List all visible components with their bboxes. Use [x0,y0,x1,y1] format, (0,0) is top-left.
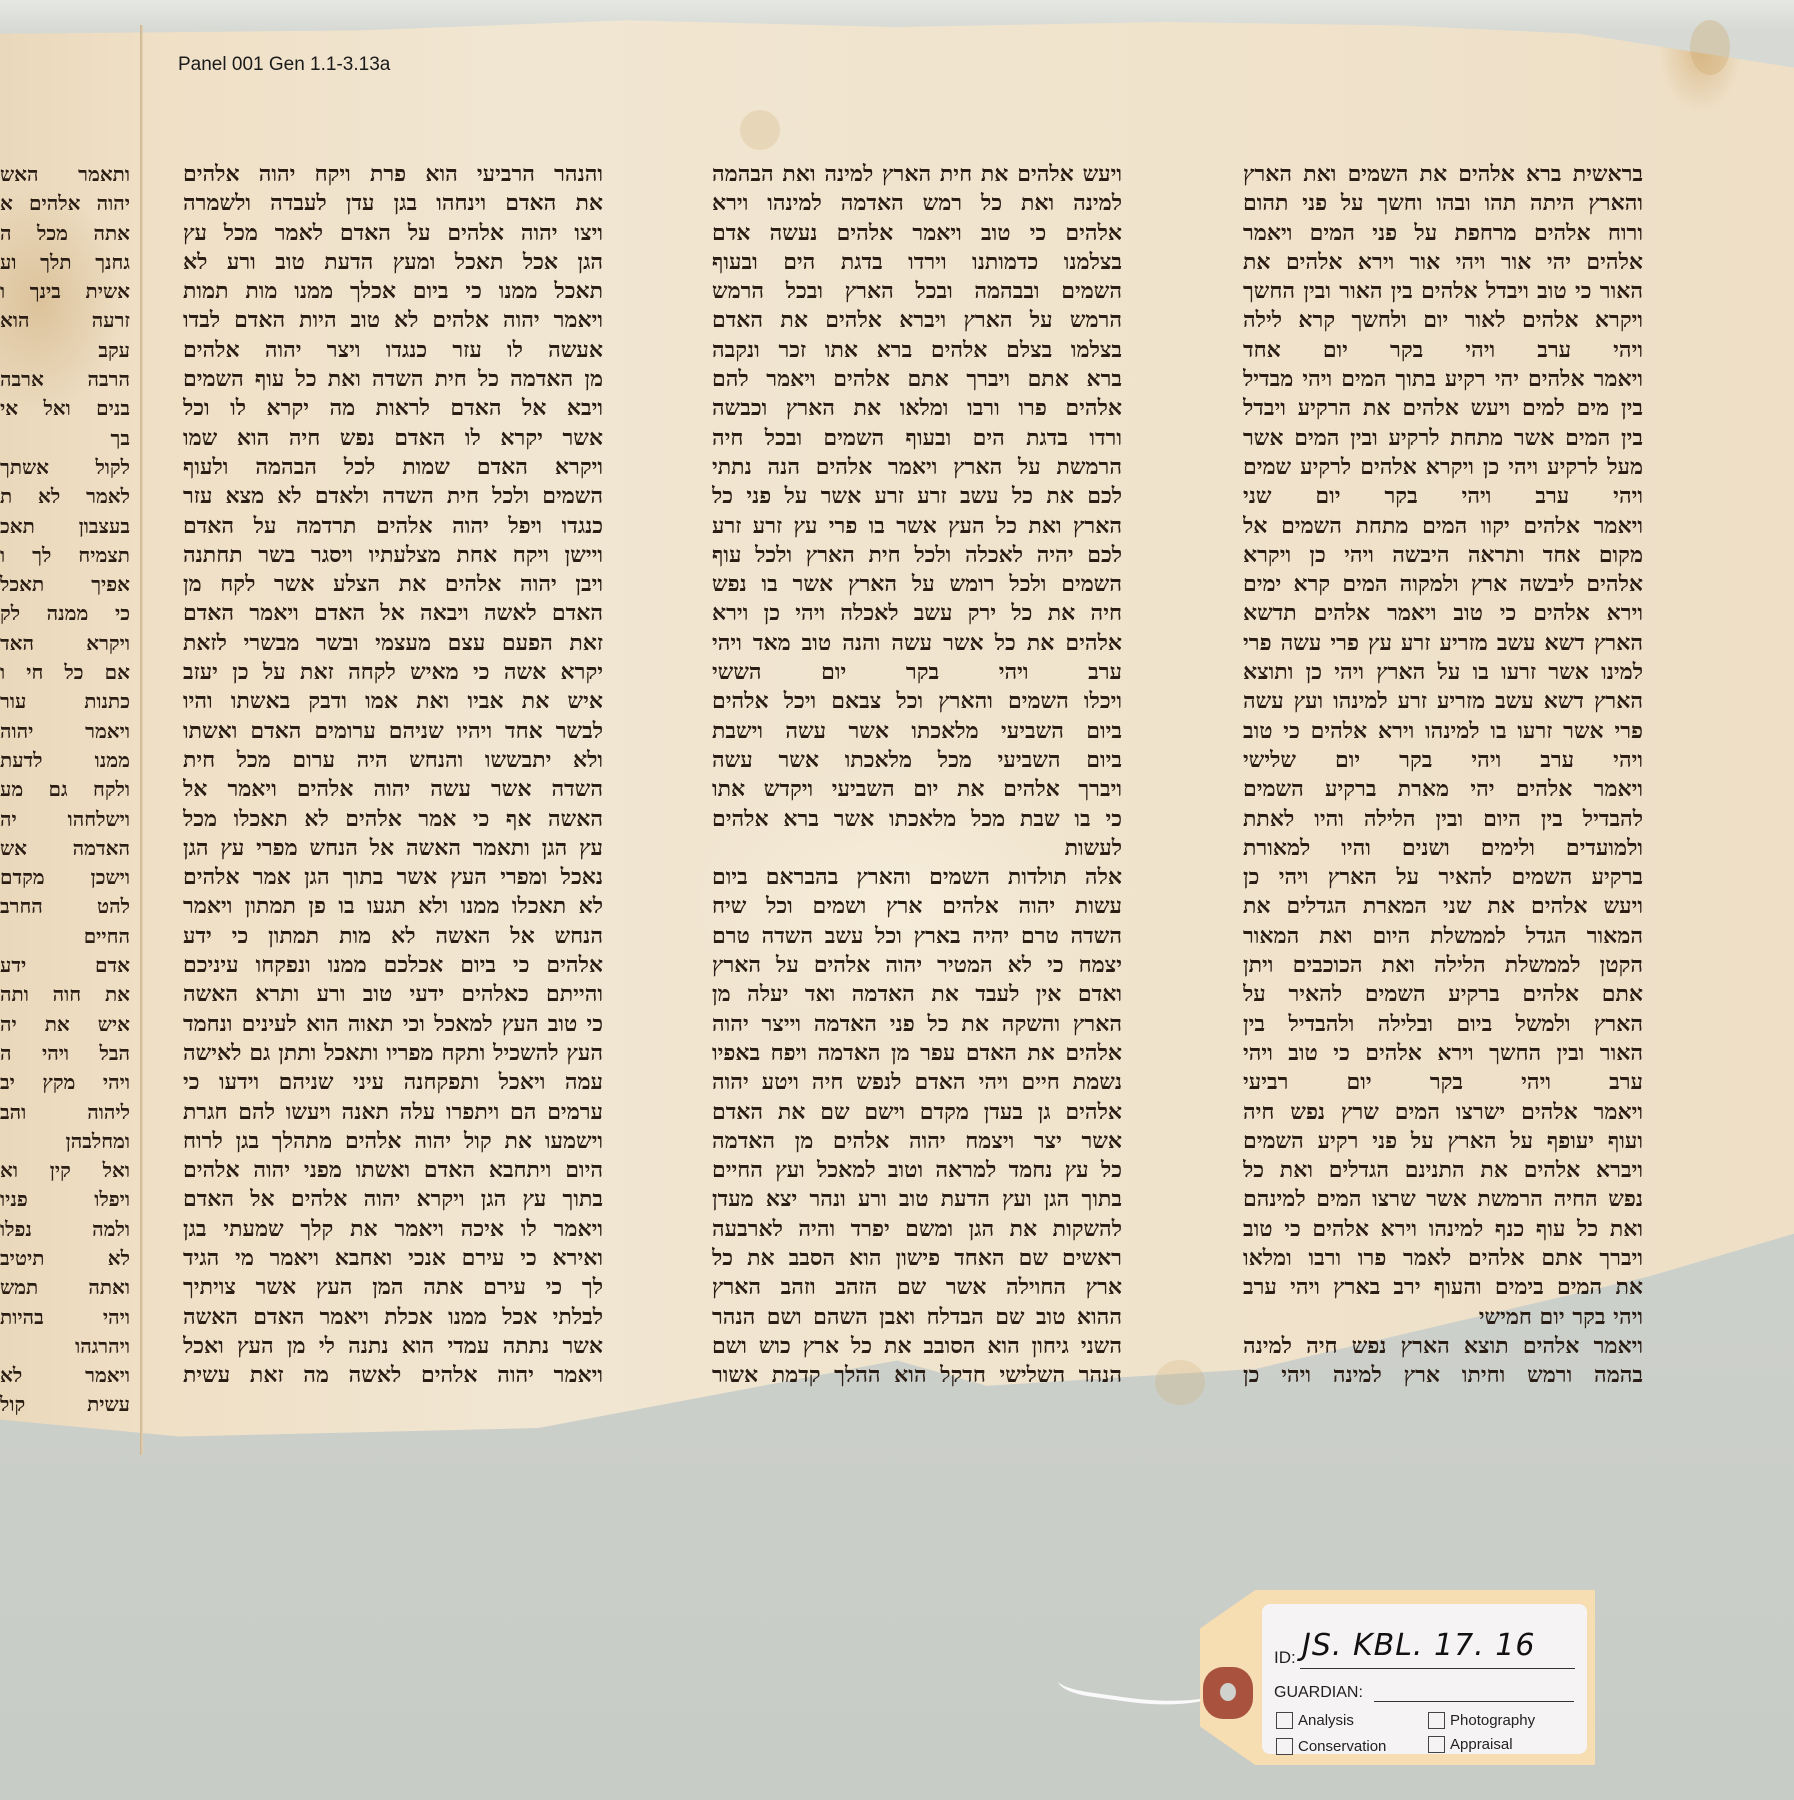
text-line: עץ הגן ותאמר האשה אל הנחש מפרי עץ הגן [183,834,603,863]
text-line: ויהי ערב ויהי בקר יום שלישי [1243,746,1643,775]
text-line: לכם יהיה לאכלה ולכל חית הארץ ולכל עוף [712,541,1122,570]
text-line: ויהי בקר יום חמישי [1243,1303,1643,1332]
text-line: ויפלו פניו [0,1185,130,1214]
text-line: האור כי טוב ויבדל אלהים בין האור ובין הח… [1243,277,1643,306]
text-line: ההוא טוב שם הבדלח ואבן השהם ושם הנהר [712,1303,1122,1332]
text-line: להבדיל בין היום ובין הלילה והיו לאתת [1243,805,1643,834]
text-line: כתנות עור [0,687,130,716]
checkbox-analysis: Analysis [1276,1712,1354,1729]
text-line: בעצבון תאכ [0,512,130,541]
text-line: בתוך עץ הגן ויקרא יהוה אלהים אל האדם [183,1185,603,1214]
text-line: לבלתי אכל ממנו אכלת ויאמר האדם האשה [183,1303,603,1332]
text-line: ואת כל עוף כנף למינהו וירא אלהים כי טוב [1243,1215,1643,1244]
text-line: איש את יה [0,1010,130,1039]
text-line: אלהים את כל אשר עשה והנה טוב מאד ויהי [712,629,1122,658]
text-line: העץ להשכיל ותקח מפריו ותאכל ותתן גם לאיש… [183,1039,603,1068]
text-line: ויאמר אלהים תוצא הארץ נפש חיה למינה [1243,1332,1643,1361]
text-line: עשית קול [0,1390,130,1419]
text-line: ויאמר אלהים יהי רקיע בתוך המים ויהי מבדי… [1243,365,1643,394]
text-line: אדם ידע [0,951,130,980]
text-line: והייתם כאלהים ידעי טוב ורע ותרא האשה [183,980,603,1009]
text-line: השמים ולכל חית השדה ולאדם לא מצא עזר [183,482,603,511]
text-line: ולקח גם מע [0,775,130,804]
text-line: ולא יתבששו והנחש היה ערום מכל חית [183,746,603,775]
text-line: הגן אכל תאכל ומעץ הדעת טוב ורע לא [183,248,603,277]
checkbox-photography: Photography [1428,1712,1535,1729]
text-line: כי ממנה לק [0,599,130,628]
text-line: בנים ואל אי [0,394,130,423]
text-line: אשר יקרא לו האדם נפש חיה הוא שמו [183,424,603,453]
text-line: ויבן יהוה אלהים את הצלע אשר לקח מן [183,570,603,599]
text-line: לא תיטיב [0,1244,130,1273]
text-line: ויהי מקץ יב [0,1068,130,1097]
text-line: עשות יהוה אלהים ארץ ושמים וכל שיח [712,892,1122,921]
text-line: הנהר השלישי חדקל הוא ההלך קדמת אשור [712,1361,1122,1390]
text-line: ויבא אל האדם לראות מה יקרא לו וכל [183,394,603,423]
text-line: נאכל ומפרי העץ אשר בתוך הגן אמר אלהים [183,863,603,892]
text-line: למינה ואת כל רמש האדמה למינהו וירא [712,189,1122,218]
text-line: אלהים את האדם עפר מן האדמה ויפח באפיו [712,1039,1122,1068]
text-line: ראשים שם האחד פישון הוא הסבב את כל [712,1244,1122,1273]
text-line: הנחש אל האשה לא מות תמתון כי ידע [183,922,603,951]
text-line: אשית בינך ו [0,277,130,306]
checkbox-icon [1276,1712,1293,1729]
text-line: ברא אתם ויברך אתם אלהים ויאמר להם [712,365,1122,394]
text-line: ואירא כי עירם אנכי ואחבא ויאמר מי הגיד [183,1244,603,1273]
checkbox-icon [1428,1712,1445,1729]
text-line: ויאמר יהוה אלהים לא טוב היות האדם לבדו [183,306,603,335]
text-line: ביום השביעי מכל מלאכתו אשר עשה [712,746,1122,775]
column-right: בראשית ברא אלהים את השמים ואת הארץוהארץ … [1243,160,1643,1390]
checkbox-label: Appraisal [1450,1736,1513,1753]
text-line: ויאמר לא [0,1361,130,1390]
text-line: הבל ויהי ה [0,1039,130,1068]
text-line: ורוח אלהים מרחפת על פני המים ויאמר [1243,219,1643,248]
text-line: פרי אשר זרעו בו למינהו וירא אלהים כי טוב [1243,717,1643,746]
checkbox-label: Analysis [1298,1712,1354,1729]
text-line: השדה אשר עשה יהוה אלהים ויאמר אל [183,775,603,804]
text-line: בצלמנו כדמותנו וירדו בדגת הים ובעוף [712,248,1122,277]
parchment-blemish [1155,1360,1205,1405]
text-line: ואל קין וא [0,1156,130,1185]
text-line: ויאמר אלהים יהי מארת ברקיע השמים [1243,775,1643,804]
text-line: וישמעו את קול יהוה אלהים מתהלך בגן לרוח [183,1127,603,1156]
text-line: אתה מכל ה [0,219,130,248]
text-line: וישלחהו יה [0,805,130,834]
text-line: בצלמו בצלם אלהים ברא אתו זכר ונקבה [712,336,1122,365]
text-line: ויהי ערב ויהי בקר יום שני [1243,482,1643,511]
text-line: ויצו יהוה אלהים על האדם לאמר מכל עץ [183,219,603,248]
text-line: וירא אלהים כי טוב ויאמר אלהים תדשא [1243,599,1643,628]
text-line: והארץ היתה תהו ובהו וחשך על פני תהום [1243,189,1643,218]
water-stain [1690,20,1730,75]
text-line: אעשה לו עזר כנגדו ויצר יהוה אלהים [183,336,603,365]
checkbox-label: Conservation [1298,1738,1386,1755]
text-line: האדם לאשה ויבאה אל האדם ויאמר האדם [183,599,603,628]
checkbox-appraisal: Appraisal [1428,1736,1513,1753]
text-line: המאור הגדל לממשלת היום ואת המאור [1243,922,1643,951]
text-line: הרמשת על הארץ ויאמר אלהים הנה נתתי [712,453,1122,482]
text-line: מן האדמה כל חית השדה ואת כל עוף השמים [183,365,603,394]
text-line: אתם אלהים ברקיע השמים להאיר על [1243,980,1643,1009]
text-line: ויהרגהו [0,1332,130,1361]
id-underline [1300,1668,1575,1669]
text-line: והנהר הרביעי הוא פרת ויקח יהוה אלהים [183,160,603,189]
id-label: ID: [1274,1648,1296,1668]
text-line: ומחלבהן [0,1127,130,1156]
text-line: אלה תולדות השמים והארץ בהבראם ביום [712,863,1122,892]
text-line: ארץ החוילה אשר שם הזהב וזהב הארץ [712,1273,1122,1302]
id-value: JS. KBL. 17. 16 [1302,1628,1535,1663]
text-line: מעל לרקיע ויהי כן ויקרא אלהים לרקיע שמים [1243,453,1643,482]
text-line: ממנו לדעת [0,746,130,775]
text-line: הרבה ארבה [0,365,130,394]
parchment-blemish [740,110,780,150]
text-line: ואדם אין לעבד את האדמה ואד יעלה מן [712,980,1122,1009]
text-line: לכם את כל עשב זרע זרע אשר על פני כל [712,482,1122,511]
text-line: ויאמר לו איכה ויאמר את קלך שמעתי בגן [183,1215,603,1244]
text-line: בראשית ברא אלהים את השמים ואת הארץ [1243,160,1643,189]
text-line: בהמה ורמש וחיתו ארץ למינה ויהי כן [1243,1361,1643,1390]
text-line: לך כי עירם אתה המן העץ אשר צויתיך [183,1273,603,1302]
text-line: הקטן לממשלת הלילה ואת הכוכבים ויתן [1243,951,1643,980]
text-line: ולמועדים ולימים ושנים והיו למאורת [1243,834,1643,863]
text-line: ויישן ויקח אחת מצלעתיו ויסגר בשר תחתנה [183,541,603,570]
text-line: ויהי ערב ויהי בקר יום אחד [1243,336,1643,365]
text-line: יקרא אשה כי מאיש לקחה זאת על כן יעזב [183,658,603,687]
text-line: ויקרא האד [0,629,130,658]
text-line: אלהים פרו ורבו ומלאו את הארץ וכבשה [712,394,1122,423]
text-line: את האדם וינחהו בגן עדן לעבדה ולשמרה [183,189,603,218]
text-line: ויאמר אלהים יקוו המים מתחת השמים אל [1243,512,1643,541]
checkbox-label: Photography [1450,1712,1535,1729]
text-line: לא תאכלו ממנו ולא תגעו בו פן תמתון ויאמר [183,892,603,921]
text-line: השמים ובבהמה ובכל הארץ ובכל הרמש [712,277,1122,306]
checkbox-icon [1428,1736,1445,1753]
column-previous-panel-edge: ותאמר האשיהוה אלהים אאתה מכל הגחנך תלך ו… [0,160,130,1420]
text-line: מקום אחד ותראה היבשה ויהי כן ויקרא [1243,541,1643,570]
text-line: ורדו בדגת הים ובעוף השמים ובכל חיה [712,424,1122,453]
text-line: השמים ולכל רומש על הארץ אשר בו נפש [712,570,1122,599]
text-line: זאת הפעם עצם מעצמי ובשר מבשרי לזאת [183,629,603,658]
text-line: האור ובין החשך וירא אלהים כי טוב ויהי [1243,1039,1643,1068]
text-line: לקול אשתך [0,453,130,482]
text-line: אפיך תאכל [0,570,130,599]
tag-label: ID: JS. KBL. 17. 16 GUARDIAN: Analysis P… [1262,1604,1587,1754]
text-line: עקב [0,336,130,365]
text-line: ביום השביעי מלאכתו אשר עשה וישבת [712,717,1122,746]
text-line: לבשר אחד ויהיו שניהם ערומים האדם ואשתו [183,717,603,746]
text-line: אשר נתתה עמדי הוא נתנה לי מן העץ ואכל [183,1332,603,1361]
text-line: השדה טרם יהיה בארץ וכל עשב השדה טרם [712,922,1122,951]
text-line: אלהים ליבשה ארץ ולמקוה המים קרא ימים [1243,570,1643,599]
text-line: ויכלו השמים והארץ וכל צבאם ויכל אלהים [712,687,1122,716]
text-line: ויקרא האדם שמות לכל הבהמה ולעוף [183,453,603,482]
text-line: ולמה נפלו [0,1215,130,1244]
text-line: עמה ויאכל ותפקחנה עיני שניהם וידעו כי [183,1068,603,1097]
text-line: נפש החיה הרמשת אשר שרצו המים למינהם [1243,1185,1643,1214]
text-line: ערב ויהי בקר יום הששי [712,658,1122,687]
text-line: לעשות [712,834,1122,863]
text-line: ערב ויהי בקר יום רביעי [1243,1068,1643,1097]
text-line: ואתה תמש [0,1273,130,1302]
text-line: ועוף יעופף על הארץ על פני רקיע השמים [1243,1127,1643,1156]
text-line: ותאמר האש [0,160,130,189]
text-line: כי בו שבת מכל מלאכתו אשר ברא אלהים [712,805,1122,834]
text-line: נשמת חיים ויהי האדם לנפש חיה ויטע יהוה [712,1068,1122,1097]
text-line: חיה את כל ירק עשב לאכלה ויהי כן וירא [712,599,1122,628]
text-line: יצמח כי לא המטיר יהוה אלהים על הארץ [712,951,1122,980]
text-line: ויהי בהיות [0,1303,130,1332]
text-line: את המים בימים והעוף ירב בארץ ויהי ערב [1243,1273,1643,1302]
text-line: כנגדו ויפל יהוה אלהים תרדמה על האדם [183,512,603,541]
text-line: בתוך הגן ועץ הדעת טוב ורע ונהר יצא מעדן [712,1185,1122,1214]
text-line: תצמיח לך ו [0,541,130,570]
text-line: גחנך תלך וע [0,248,130,277]
text-line: בין המים אשר מתחת לרקיע ובין המים אשר [1243,424,1643,453]
text-line: אלהים כי ביום אכלכם ממנו ונפקחו עיניכם [183,951,603,980]
text-line: הארץ דשא עשב מזריע זרע למינהו ועץ עשה [1243,687,1643,716]
text-line: הארץ ולמשל ביום ובלילה ולהבדיל בין [1243,1010,1643,1039]
text-line: ויאמר יהוה [0,717,130,746]
text-line: אלהים כי טוב ויאמר אלהים נעשה אדם [712,219,1122,248]
text-line: ויברא אלהים את התנינם הגדלים ואת כל [1243,1156,1643,1185]
text-line: ויקרא אלהים לאור יום ולחשך קרא לילה [1243,306,1643,335]
text-line: האשה אף כי אמר אלהים לא תאכלו מכל [183,805,603,834]
text-line: ערמים הם ויתפרו עלה תאנה ויעשו להם חגרת [183,1098,603,1127]
text-line: אלהים יהי אור ויהי אור וירא אלהים את [1243,248,1643,277]
text-line: ויברך אתם אלהים לאמר פרו ורבו ומלאו [1243,1244,1643,1273]
text-line: להט החרב [0,892,130,921]
text-line: היום ויתחבא האדם ואשתו מפני יהוה אלהים [183,1156,603,1185]
checkbox-icon [1276,1738,1293,1755]
text-line: ויאמר אלהים ישרצו המים שרץ נפש חיה [1243,1098,1643,1127]
text-line: זרעה הוא [0,306,130,335]
text-line: הארץ דשא עשב מזריע זרע עץ פרי עשה פרי [1243,629,1643,658]
column-left: והנהר הרביעי הוא פרת ויקח יהוה אלהיםאת ה… [183,160,603,1390]
text-line: בין מים למים ויעש אלהים את הרקיע ויבדל [1243,394,1643,423]
text-line: ויעש אלהים את שני המארת הגדלים את [1243,892,1643,921]
text-line: כל עץ נחמד למראה וטוב למאכל ועץ החיים [712,1156,1122,1185]
column-middle: ויעש אלהים את חית הארץ למינה ואת הבהמהלמ… [712,160,1122,1390]
text-line: איש את אביו ואת אמו ודבק באשתו והיו [183,687,603,716]
text-line: אם כל חי ו [0,658,130,687]
checkbox-conservation: Conservation [1276,1738,1386,1755]
text-line: ויעש אלהים את חית הארץ למינה ואת הבהמה [712,160,1122,189]
text-line: החיים [0,922,130,951]
text-line: הארץ ואת כל העץ אשר בו פרי עץ זרע זרע [712,512,1122,541]
text-line: למינו אשר זרעו בו על הארץ ויהי כן ותוצא [1243,658,1643,687]
text-line: השני גיחון הוא הסובב את כל ארץ כוש ושם [712,1332,1122,1361]
guardian-field [1374,1701,1574,1702]
text-line: ברקיע השמים להאיר על הארץ ויהי כן [1243,863,1643,892]
text-line: וישכן מקדם [0,863,130,892]
panel-label: Panel 001 Gen 1.1-3.13a [178,54,390,76]
text-line: את חוה ותה [0,980,130,1009]
guardian-label: GUARDIAN: [1274,1684,1363,1702]
text-line: תאכל ממנו כי ביום אכלך ממנו מות תמות [183,277,603,306]
text-line: לאמר לא ת [0,482,130,511]
text-line: אלהים גן בעדן מקדם וישם שם את האדם [712,1098,1122,1127]
text-line: אשר יצר ויצמח יהוה אלהים מן האדמה [712,1127,1122,1156]
text-line: האדמה אש [0,834,130,863]
text-line: הארץ והשקה את כל פני האדמה וייצר יהוה [712,1010,1122,1039]
text-line: בך [0,424,130,453]
tag-eyelet [1203,1667,1253,1719]
text-line: יהוה אלהים א [0,189,130,218]
text-line: ויאמר יהוה אלהים לאשה מה זאת עשית [183,1361,603,1390]
sheet-seam [140,25,143,1455]
text-line: ליהוה והב [0,1098,130,1127]
text-line: כי טוב העץ למאכל וכי תאוה הוא לעינים ונח… [183,1010,603,1039]
text-line: הרמש על הארץ ויברא אלהים את האדם [712,306,1122,335]
text-line: ויברך אלהים את יום השביעי ויקדש אתו [712,775,1122,804]
text-line: להשקות את הגן ומשם יפרד והיה לארבעה [712,1215,1122,1244]
